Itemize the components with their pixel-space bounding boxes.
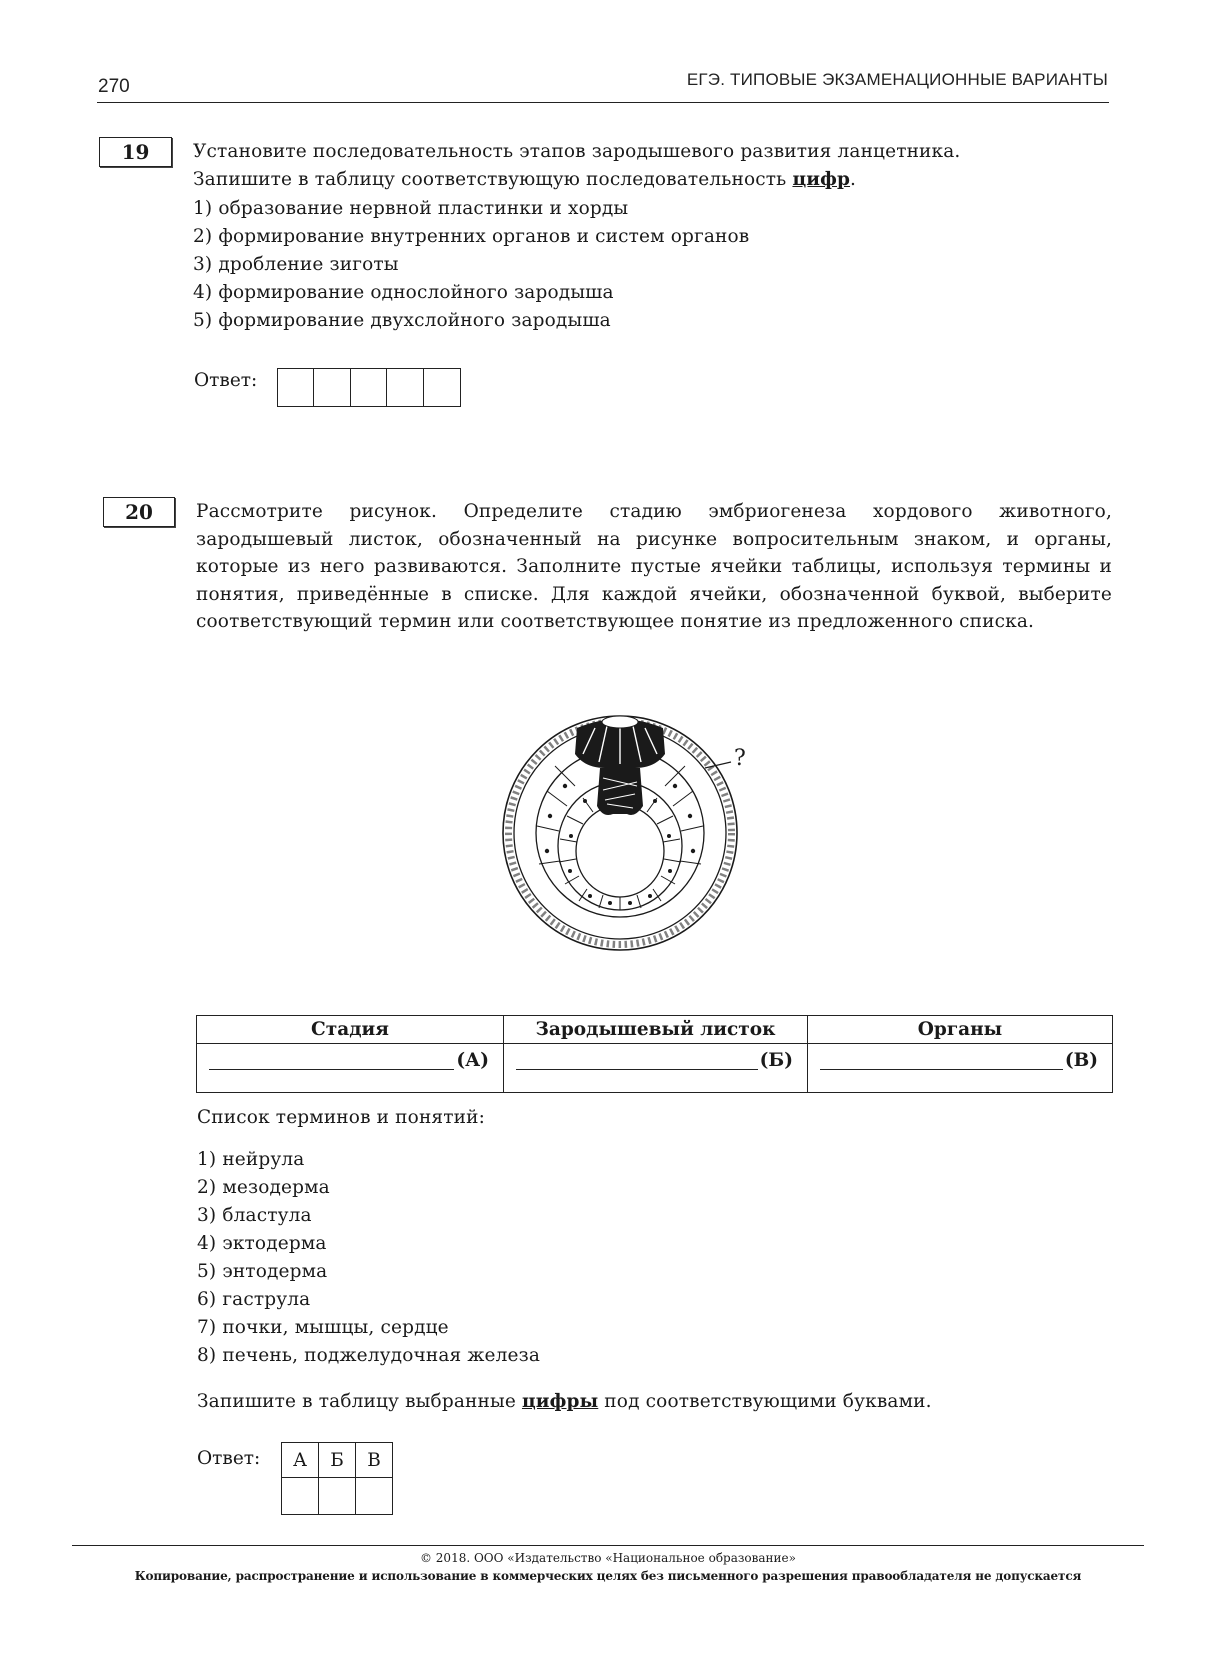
- header-divider: [97, 102, 1109, 103]
- question-number-19: 19: [99, 137, 172, 167]
- term-item: 1) нейрула: [197, 1146, 540, 1174]
- term-item: 3) бластула: [197, 1202, 540, 1230]
- footer-copyright: © 2018. ООО «Издательство «Национальное …: [0, 1551, 1216, 1565]
- embryo-neurula-illustration: [495, 706, 765, 960]
- q19-answer-cell[interactable]: [278, 369, 314, 406]
- instruction-emphasis: цифры: [522, 1391, 598, 1412]
- cell-letter-v: (В): [1065, 1052, 1098, 1070]
- q19-answer-cell[interactable]: [351, 369, 387, 406]
- term-item: 8) печень, поджелудочная железа: [197, 1342, 540, 1370]
- q19-prompt: Установите последовательность этапов зар…: [193, 138, 1113, 193]
- cell-letter-b: (Б): [760, 1052, 793, 1070]
- q19-option: 4) формирование однослойного зародыша: [193, 279, 749, 307]
- terms-list: 1) нейрула 2) мезодерма 3) бластула 4) э…: [197, 1146, 540, 1370]
- answer-input-v[interactable]: [356, 1478, 393, 1515]
- answer-input-a[interactable]: [282, 1478, 319, 1515]
- q19-answer-cell[interactable]: [314, 369, 350, 406]
- q19-answer-cell[interactable]: [387, 369, 423, 406]
- cell-letter-a: (А): [456, 1052, 489, 1070]
- q19-option: 3) дробление зиготы: [193, 251, 749, 279]
- answer-header-a: А: [282, 1443, 319, 1478]
- page-number: 270: [98, 76, 130, 98]
- footer-notice: Копирование, распространение и использов…: [0, 1569, 1216, 1583]
- q19-option: 2) формирование внутренних органов и сис…: [193, 223, 749, 251]
- instruction-text-end: под соответствующими буквами.: [598, 1391, 931, 1412]
- blank-line: [209, 1068, 454, 1070]
- blank-line: [516, 1068, 758, 1070]
- instruction-text: Запишите в таблицу выбранные: [197, 1391, 522, 1412]
- table-cell-v[interactable]: (В): [808, 1044, 1113, 1093]
- table-cell-b[interactable]: (Б): [504, 1044, 808, 1093]
- footer-divider: [72, 1545, 1144, 1546]
- q19-answer-cells: [277, 368, 461, 407]
- table-header-organs: Органы: [808, 1016, 1113, 1044]
- term-item: 7) почки, мышцы, сердце: [197, 1314, 540, 1342]
- terms-title: Список терминов и понятий:: [197, 1104, 485, 1132]
- q19-answer-label: Ответ:: [194, 370, 257, 391]
- q19-prompt-line1: Установите последовательность этапов зар…: [193, 138, 1113, 166]
- q20-instruction: Запишите в таблицу выбранные цифры под с…: [197, 1388, 932, 1416]
- q19-option: 1) образование нервной пластинки и хорды: [193, 195, 749, 223]
- term-item: 6) гаструла: [197, 1286, 540, 1314]
- answer-header-b: Б: [319, 1443, 356, 1478]
- q19-options-list: 1) образование нервной пластинки и хорды…: [193, 195, 749, 335]
- answer-input-b[interactable]: [319, 1478, 356, 1515]
- figure-pointer-label: ?: [734, 746, 746, 771]
- term-item: 5) энтодерма: [197, 1258, 540, 1286]
- q19-emphasis: цифр: [792, 169, 850, 190]
- table-header-stage: Стадия: [197, 1016, 504, 1044]
- table-header-germ-layer: Зародышевый листок: [504, 1016, 808, 1044]
- answer-header-v: В: [356, 1443, 393, 1478]
- term-item: 2) мезодерма: [197, 1174, 540, 1202]
- q20-answer-label: Ответ:: [197, 1448, 260, 1469]
- q19-answer-cell[interactable]: [424, 369, 460, 406]
- q19-prompt-text: Запишите в таблицу соответствующую после…: [193, 169, 792, 190]
- blank-line: [820, 1068, 1063, 1070]
- q20-answer-grid: А Б В: [281, 1442, 393, 1515]
- q19-prompt-period: .: [850, 169, 856, 190]
- q20-prompt: Рассмотрите рисунок. Определите стадию э…: [196, 498, 1112, 636]
- q19-prompt-line2: Запишите в таблицу соответствующую после…: [193, 166, 1113, 194]
- term-item: 4) эктодерма: [197, 1230, 540, 1258]
- table-cell-a[interactable]: (А): [197, 1044, 504, 1093]
- q20-classification-table: Стадия Зародышевый листок Органы (А) (Б)…: [196, 1015, 1113, 1093]
- q19-option: 5) формирование двухслойного зародыша: [193, 307, 749, 335]
- embryo-figure: [495, 706, 765, 960]
- question-number-20: 20: [103, 497, 175, 527]
- running-title: ЕГЭ. ТИПОВЫЕ ЭКЗАМЕНАЦИОННЫЕ ВАРИАНТЫ: [687, 70, 1108, 90]
